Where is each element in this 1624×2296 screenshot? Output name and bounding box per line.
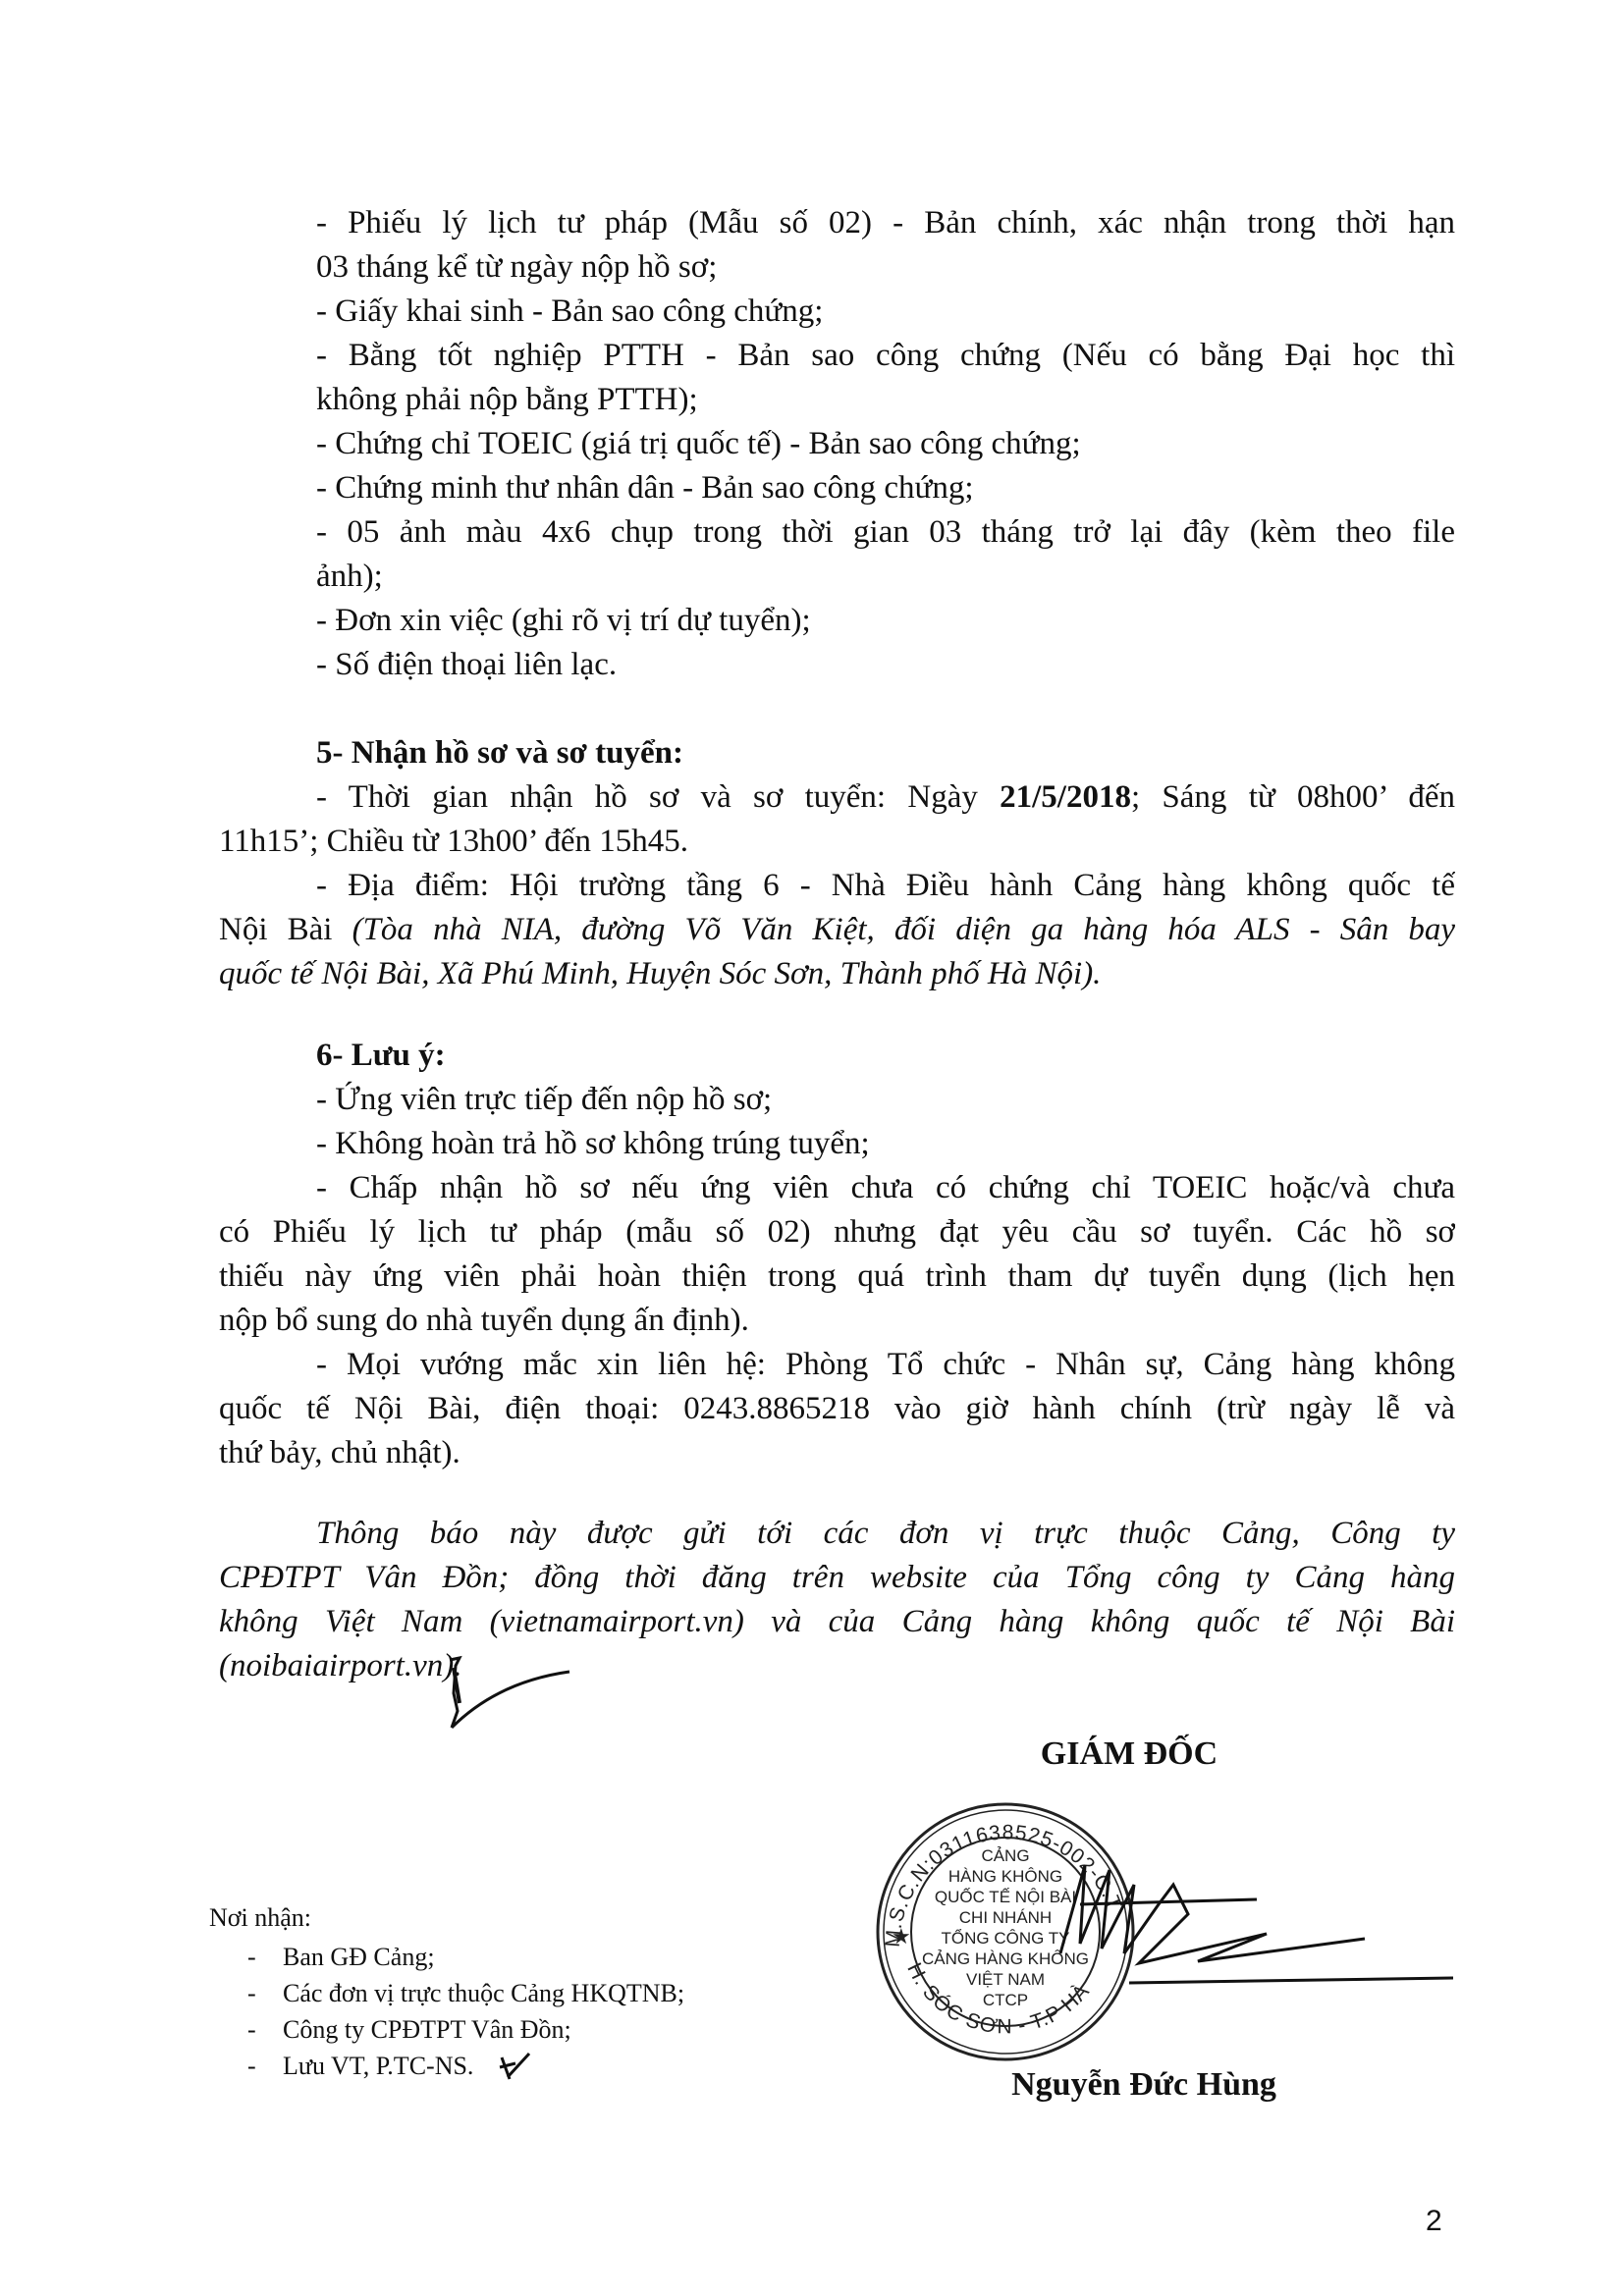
doc-line: - Chứng minh thư nhân dân - Bản sao công… [316, 466, 974, 510]
recipient-item: Các đơn vị trực thuộc Cảng HKQTNB; [283, 1975, 684, 2011]
svg-text:CTCP: CTCP [983, 1991, 1028, 2009]
notice-line: không Việt Nam (vietnamairport.vn) và củ… [219, 1600, 1455, 1644]
note-line: thứ bảy, chủ nhật). [219, 1431, 460, 1475]
svg-text:★: ★ [892, 1925, 911, 1949]
initials-mark-icon [432, 1654, 579, 1733]
initials-small-icon [496, 2050, 535, 2085]
doc-line: - Bằng tốt nghiệp PTTH - Bản sao công ch… [316, 334, 1455, 378]
reception-time-line-2: 11h15’; Chiều từ 13h00’ đến 15h45. [219, 820, 688, 864]
reception-date: 21/5/2018 [1000, 779, 1131, 815]
doc-line: - Giấy khai sinh - Bản sao công chứng; [316, 290, 823, 334]
note-line: - Mọi vướng mắc xin liên hệ: Phòng Tổ ch… [316, 1343, 1455, 1387]
reception-time-line: - Thời gian nhận hồ sơ và sơ tuyển: Ngày… [316, 775, 1455, 820]
svg-text:VIỆT NAM: VIỆT NAM [966, 1970, 1045, 1989]
section-6-heading: 6- Lưu ý: [316, 1034, 446, 1078]
place-line-3: quốc tế Nội Bài, Xã Phú Minh, Huyện Sóc … [219, 952, 1101, 996]
note-line: - Không hoàn trả hồ sơ không trúng tuyển… [316, 1122, 870, 1166]
handwritten-signature-icon [1041, 1845, 1463, 1993]
note-line: quốc tế Nội Bài, điện thoại: 0243.886521… [219, 1387, 1455, 1431]
notice-line: Thông báo này được gửi tới các đơn vị tr… [316, 1512, 1455, 1556]
place-address: (Tòa nhà NIA, đường Võ Văn Kiệt, đối diệ… [352, 912, 1455, 947]
note-line: - Chấp nhận hồ sơ nếu ứng viên chưa có c… [316, 1166, 1455, 1210]
place-line-2: Nội Bài (Tòa nhà NIA, đường Võ Văn Kiệt,… [219, 908, 1455, 952]
note-line: thiếu này ứng viên phải hoàn thiện trong… [219, 1255, 1455, 1299]
section-5-heading: 5- Nhận hồ sơ và sơ tuyển: [316, 731, 683, 775]
doc-line: - Phiếu lý lịch tư pháp (Mẫu số 02) - Bả… [316, 201, 1455, 245]
bullet: - [247, 2048, 256, 2084]
recipients-label: Nơi nhận: [209, 1899, 311, 1936]
notice-line: (noibaiairport.vn). [219, 1644, 461, 1688]
bullet: - [247, 2011, 256, 2048]
recipient-item: Công ty CPĐTPT Vân Đồn; [283, 2011, 571, 2048]
doc-line: - Chứng chỉ TOEIC (giá trị quốc tế) - Bả… [316, 422, 1081, 466]
bullet: - [247, 1939, 256, 1975]
signer-name: Nguyễn Đức Hùng [982, 2066, 1306, 2104]
place-name: Nội Bài [219, 912, 352, 947]
svg-text:CHI NHÁNH: CHI NHÁNH [959, 1908, 1052, 1927]
recipient-item: Ban GĐ Cảng; [283, 1939, 435, 1975]
doc-line: - Đơn xin việc (ghi rõ vị trí dự tuyển); [316, 599, 811, 643]
doc-line: ảnh); [316, 555, 383, 599]
note-line: - Ứng viên trực tiếp đến nộp hồ sơ; [316, 1078, 772, 1122]
signer-title: GIÁM ĐỐC [1011, 1735, 1247, 1773]
reception-time-prefix: - Thời gian nhận hồ sơ và sơ tuyển: Ngày [316, 779, 1000, 815]
doc-line: 03 tháng kể từ ngày nộp hồ sơ; [316, 245, 717, 290]
note-line: có Phiếu lý lịch tư pháp (mẫu số 02) như… [219, 1210, 1455, 1255]
doc-line: không phải nộp bằng PTTH); [316, 378, 698, 422]
reception-time-suffix: ; Sáng từ 08h00’ đến [1131, 779, 1455, 815]
place-line-1: - Địa điểm: Hội trường tầng 6 - Nhà Điều… [316, 864, 1455, 908]
page-number: 2 [1426, 2205, 1442, 2238]
note-line: nộp bổ sung do nhà tuyển dụng ấn định). [219, 1299, 749, 1343]
notice-line: CPĐTPT Vân Đồn; đồng thời đăng trên webs… [219, 1556, 1455, 1600]
bullet: - [247, 1975, 256, 2011]
recipient-item: Lưu VT, P.TC-NS. [283, 2048, 473, 2084]
svg-text:CẢNG: CẢNG [981, 1846, 1029, 1865]
doc-line: - Số điện thoại liên lạc. [316, 643, 617, 687]
doc-line: - 05 ảnh màu 4x6 chụp trong thời gian 03… [316, 510, 1455, 555]
